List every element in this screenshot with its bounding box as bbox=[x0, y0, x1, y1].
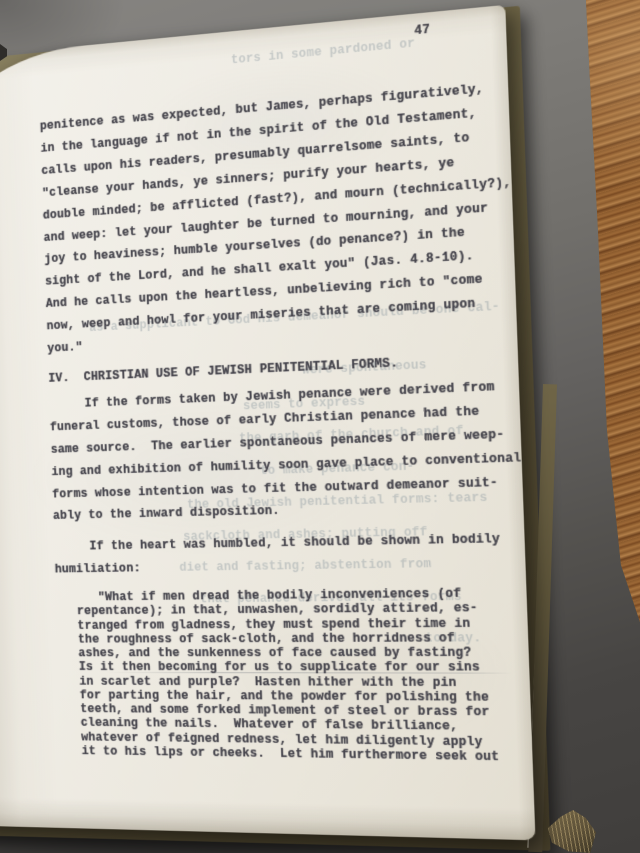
paragraph-james-quote: penitence as was expected, but James, pe… bbox=[40, 76, 518, 361]
typewritten-line: ashes, and the sunkenness of face caused… bbox=[78, 646, 529, 661]
paragraph-jewish-forms: If the forms taken by Jewish penance wer… bbox=[49, 375, 524, 528]
block-quote: "What if men dread the bodily inconvenie… bbox=[76, 586, 532, 765]
typewritten-line: tranged from gladness, they must spend t… bbox=[77, 616, 528, 633]
paragraph-humiliation: If the heart was humbled, it should be s… bbox=[54, 528, 526, 582]
typewritten-page: tors in some pardoned oras a supplicant … bbox=[0, 5, 536, 840]
page-content: 47 penitence as was expected, but James,… bbox=[0, 5, 536, 840]
archival-photo: tors in some pardoned oras a supplicant … bbox=[0, 0, 640, 853]
page-number: 47 bbox=[414, 18, 431, 43]
typewritten-line: the roughness of sack-cloth, and the hor… bbox=[78, 631, 529, 647]
typewritten-line: Is it then becoming for us to supplicate… bbox=[79, 660, 530, 675]
